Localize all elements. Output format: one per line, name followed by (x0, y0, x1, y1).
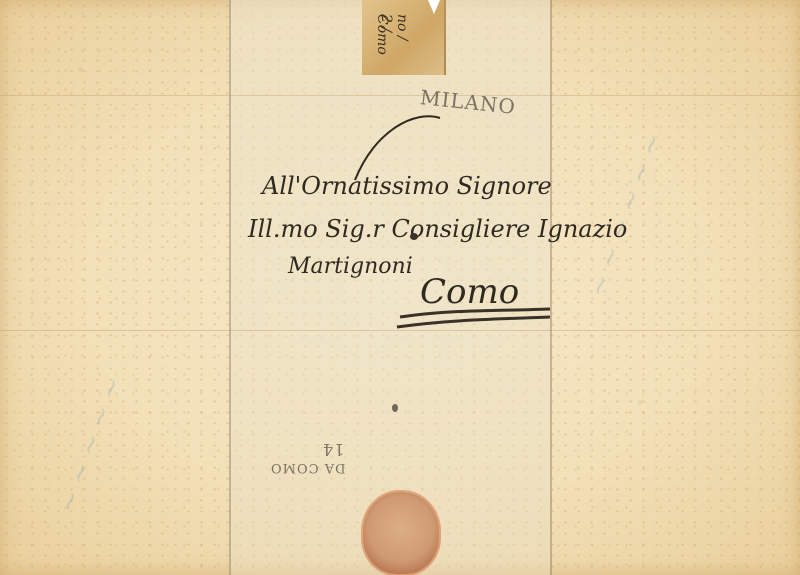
flap-text-note: no / 2 / (378, 14, 410, 48)
underline-flourish (395, 305, 555, 335)
fold-line-top (0, 95, 800, 96)
paper-tear-notch (428, 0, 440, 14)
address-line-1: All'Ornatissimo Signore (262, 172, 552, 200)
postmark-number: 14 (322, 440, 344, 459)
postmark-bottom: DA COMO (270, 460, 346, 475)
letter-sheet: ~ ~ ~ ~ ~ ~ ~ ~ ~ ~ ~ Como no / 2 / MILA… (0, 0, 800, 575)
ink-blot (410, 233, 418, 240)
address-line-2: Ill.mo Sig.r Consigliere Ignazio (248, 215, 627, 243)
fold-line-right (550, 0, 552, 575)
address-line-3: Martignoni (288, 254, 413, 279)
fold-line-left (229, 0, 231, 575)
wax-seal (363, 492, 439, 574)
ink-mark (392, 404, 398, 412)
